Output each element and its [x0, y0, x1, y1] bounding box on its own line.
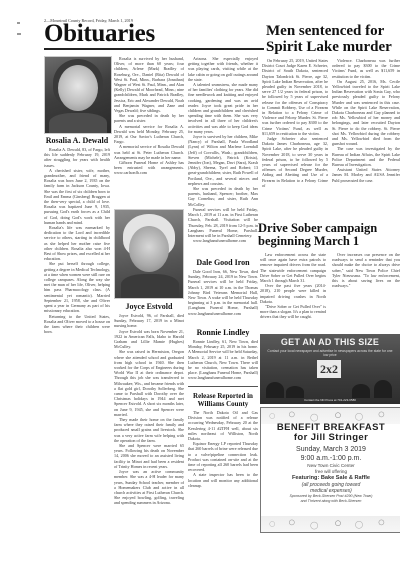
benefit-for: for Jill Stringer [261, 433, 400, 443]
obit-paragraph: Dale Good Iron, 66, New Town, died Sunda… [188, 269, 258, 316]
obit-paragraph: Arizona. She especially enjoyed getting … [188, 56, 258, 82]
ronnie-obit: Ronnie Lindley Ronnie Lindley, 61, New T… [188, 326, 258, 384]
story-paragraph: Violence. Charboneau was further ordered… [332, 58, 400, 79]
ad-footer: Contact the ND Press at 701-223-6580 [262, 398, 398, 402]
release-headline: Release Reported in Williams County [188, 392, 258, 408]
ad-title: GET AN AD THIS SIZE [260, 337, 400, 347]
obit-name: Dale Good Iron [188, 258, 258, 267]
photo-shoulders [121, 274, 179, 299]
murder-column-2: Violence. Charboneau was further ordered… [332, 58, 400, 208]
obit-paragraph: www.langhansfuneralhome.com [188, 238, 258, 243]
story-paragraph: Assistant United States Attorney James M… [332, 167, 400, 183]
obit-paragraph: Funeral services will be held Friday, Ma… [188, 207, 258, 238]
obit-paragraph: She and Spencer were married 65 years. F… [114, 443, 184, 469]
obit-paragraph: A talented seamstress, she made many of … [188, 82, 258, 134]
drive-sober-column-1: Law enforcement across the state will on… [260, 252, 326, 330]
crowd-silhouette [352, 384, 370, 398]
story-paragraph: Law enforcement across the state will on… [260, 252, 326, 283]
benefit-date: Sunday, March 3 2019 [261, 446, 400, 455]
joyce-photo [114, 209, 184, 299]
drive-sober-headline: Drive Sober campaign beginning March 1 [258, 222, 400, 248]
obit-paragraph: Ronnie Lindley, 61, New Town, died Monda… [188, 339, 258, 381]
story-paragraph: A state inspector has been to the locati… [188, 472, 258, 488]
divider [188, 386, 258, 387]
story-paragraph: The case was investigated by the Bureau … [332, 146, 400, 167]
obit-paragraph: Joyce Estvold was born November 21, 1922… [114, 329, 184, 350]
obit-paragraph: She was raised in Hermiston, Oregon wher… [114, 349, 184, 417]
obit-paragraph: Joyce is survived by her children, Mike … [188, 134, 258, 186]
crowd-silhouette [374, 380, 392, 398]
newspaper-page: 2—Mountrail County Record, Friday, March… [44, 14, 400, 567]
obit-column-2: Rosalia is survived by her husband, Oliv… [114, 56, 184, 204]
obit-name: Ronnie Lindley [188, 328, 258, 337]
dale-obit: Dale Good Iron Dale Good Iron, 66, New T… [188, 256, 258, 324]
story-paragraph: Judge Schreier also sentenced Dakota Jam… [262, 136, 328, 188]
obit-paragraph: She put herself through college, getting… [44, 261, 110, 313]
obit-paragraph: Returning to the United States, Rosalia … [44, 314, 110, 335]
story-paragraph: Over increases our presence on the roadw… [332, 252, 400, 288]
drive-sober-column-2: Over increases our presence on the roadw… [332, 252, 400, 330]
photo-face [58, 65, 98, 111]
obit-paragraph: Rosalia is survived by her husband, Oliv… [114, 56, 184, 113]
margin-mark [17, 33, 21, 35]
obit-paragraph: She was preceded in death by her parents… [188, 186, 258, 207]
story-paragraph: "Drive Sober or Get Pulled Over" is more… [260, 304, 326, 320]
murder-headline: Men sentenced for Spirit Lake murder [266, 24, 400, 56]
obit-paragraph: Joyce Estvold, 96, of Parshall, died Sun… [114, 313, 184, 329]
obit-paragraph: A memorial service of Rosalia Dewald was… [114, 144, 184, 160]
section-title: Obituaries [44, 21, 155, 46]
obit-paragraph: She was preceded in death by her parents… [114, 113, 184, 123]
crowd-silhouette [286, 386, 304, 398]
obit-column-2b: Joyce Estvold Joyce Estvold, 96, of Pars… [114, 300, 184, 567]
benefit-breakfast-ad[interactable]: BENEFIT BREAKFAST for Jill Stringer Sund… [260, 407, 400, 533]
release-story: Release Reported in Williams County The … [188, 390, 258, 530]
rosalia-photo [44, 56, 112, 134]
section-rule [44, 48, 264, 50]
story-paragraph: On February 25, 2019, United States Dist… [262, 58, 328, 136]
story-paragraph: Over the past five years (2014-2018), 21… [260, 283, 326, 304]
benefit-featuring: Featuring: Bake Sale & Raffle [261, 475, 400, 482]
obit-paragraph: Gifborn Funeral Home of Ashley has been … [114, 160, 184, 176]
benefit-sponsor-2: and Thrivent along with Beck-Shersen [261, 499, 400, 504]
ad-subtitle: Contact your local newspaper and adverti… [266, 349, 394, 357]
benefit-time: 9:00 a.m.-1:00 p.m. [261, 455, 400, 464]
photo-shoulders [49, 113, 107, 134]
obit-name: Rosalia A. Dewald [44, 136, 110, 145]
obit-paragraph: A cherished sister, wife, mother, grandm… [44, 168, 110, 225]
obit-column-1: Rosalia A. Dewald Rosalia A. Dewald, 83,… [44, 134, 110, 567]
margin-mark [17, 22, 20, 24]
obit-paragraph: A memorial service for Rosalia A. Dewald… [114, 124, 184, 145]
murder-column-1: On February 25, 2019, United States Dist… [262, 58, 328, 208]
obit-paragraph: Rosalia A. Dewald, 83, of Fargo, left th… [44, 147, 110, 168]
obit-column-3: Arizona. She especially enjoyed getting … [188, 56, 258, 252]
ad-this-size[interactable]: GET AN AD THIS SIZE Contact your local n… [260, 334, 400, 404]
obit-paragraph: Rosalia's life was earmarked by dedicati… [44, 225, 110, 261]
story-paragraph: The North Dakota Oil and Gas Division wa… [188, 410, 258, 441]
page-margin [0, 0, 40, 567]
obit-paragraph: They made their home on the family farm … [114, 417, 184, 443]
crowd-silhouette [266, 382, 284, 398]
obit-paragraph: Joyce was an active community member. Sh… [114, 469, 184, 505]
ad-size-label: 2x2 [317, 360, 341, 378]
story-paragraph: Equinor Energy LP reported Thursday that… [188, 441, 258, 472]
photo-face [129, 226, 169, 272]
bubbles-decoration [261, 516, 400, 532]
obit-name: Joyce Estvold [114, 302, 184, 311]
story-paragraph: On August 25, 2016, Ms. Cecile Yellowbir… [332, 79, 400, 147]
